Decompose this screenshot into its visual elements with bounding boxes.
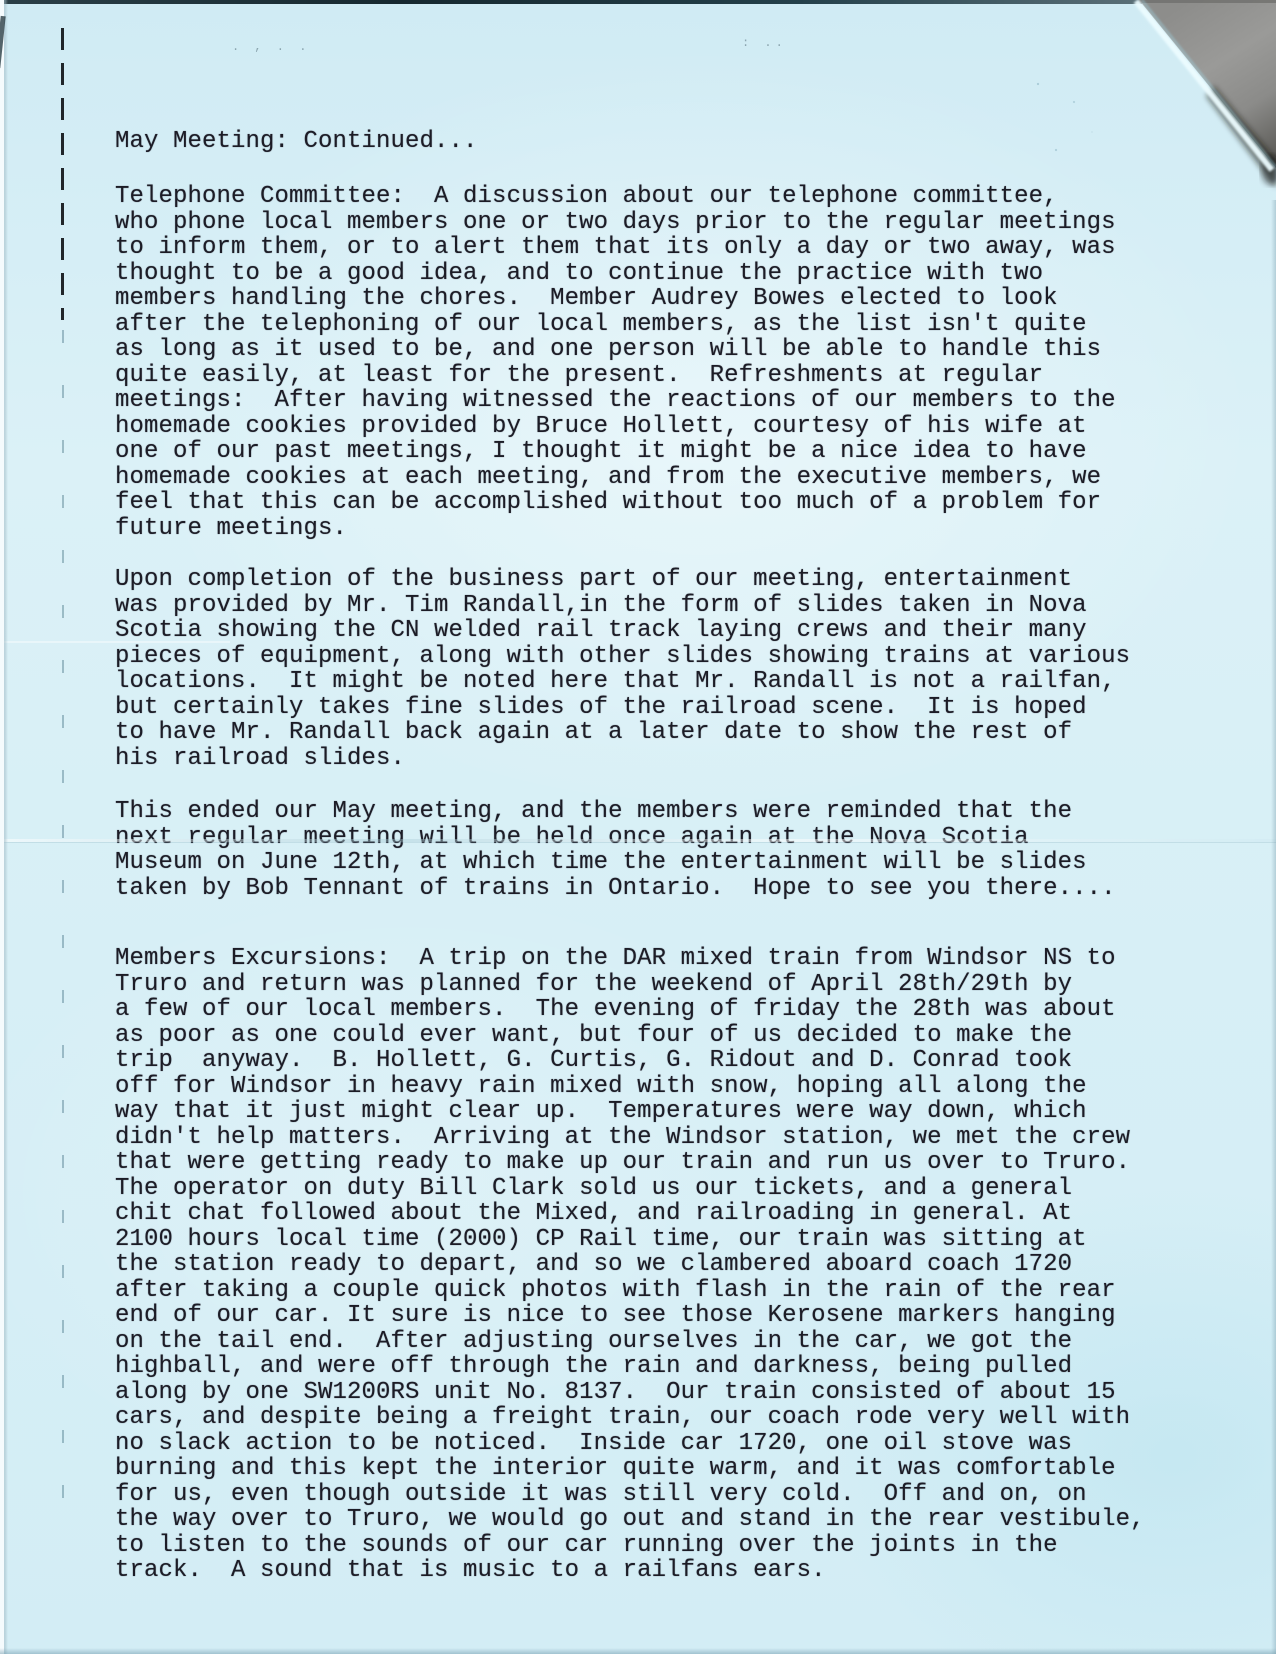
paragraph-telephone-committee: Telephone Committee: A discussion about … [115, 184, 1116, 541]
paragraph-meeting-close: This ended our May meeting, and the memb… [115, 799, 1116, 901]
paragraph-members-excursions: Members Excursions: A trip on the DAR mi… [115, 946, 1145, 1584]
scan-edge-bottom [0, 1648, 1276, 1654]
scan-speckle: : .. [742, 36, 787, 50]
page-title: May Meeting: Continued... [115, 129, 478, 155]
scan-edge-right [1271, 200, 1276, 1654]
scan-edge-left [0, 0, 8, 1654]
scan-speckle: . , . . [232, 40, 310, 54]
scanned-page: May Meeting: Continued... Telephone Comm… [0, 0, 1276, 1654]
paragraph-entertainment: Upon completion of the business part of … [115, 567, 1130, 771]
left-margin-dashed-line-faint [62, 330, 64, 1510]
paper-crease-small [0, 641, 230, 643]
left-margin-dashed-line [61, 28, 64, 320]
folded-corner [1066, 0, 1276, 200]
paper-crease [0, 839, 1276, 842]
scan-edge-top [0, 0, 1142, 4]
